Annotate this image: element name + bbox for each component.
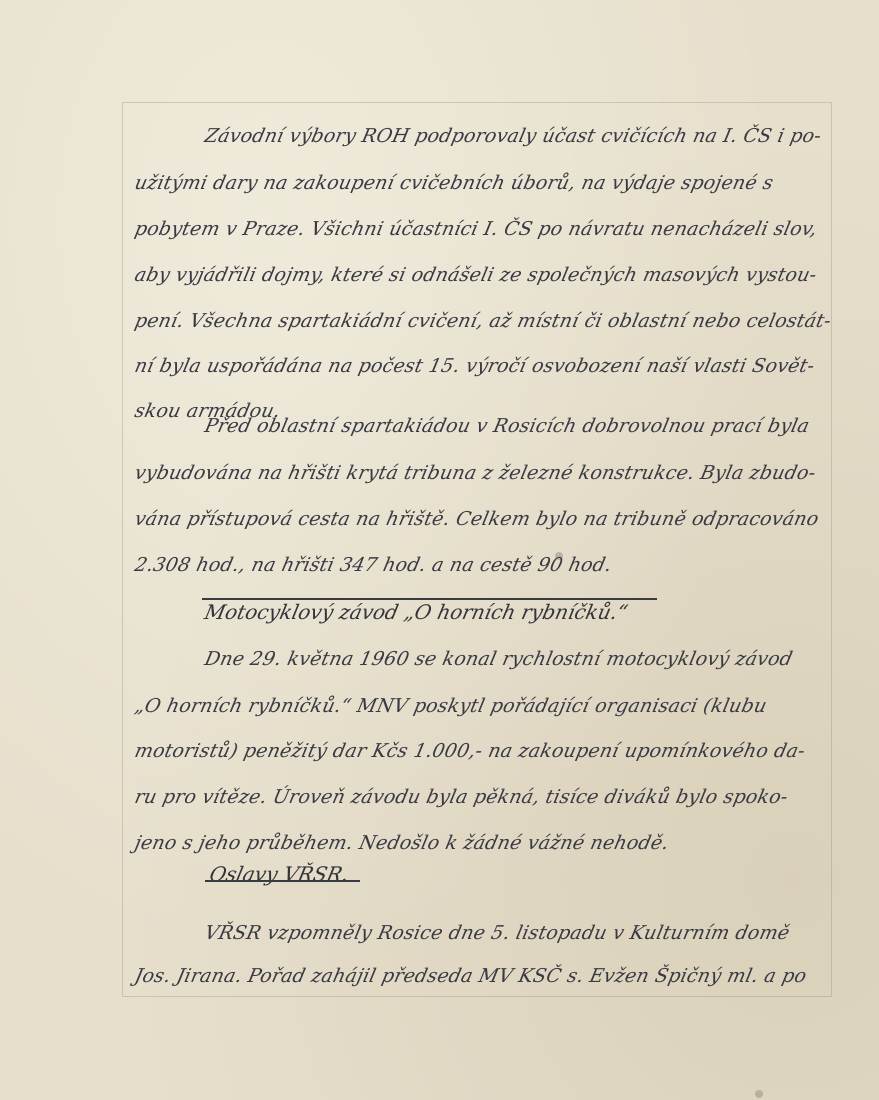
text-line: ru pro vítěze. Úroveň závodu byla pěkná,… [133, 786, 790, 808]
text-line: pobytem v Praze. Všichni účastníci I. ČS… [133, 218, 820, 240]
text-line: vána přístupová cesta na hřiště. Celkem … [133, 508, 821, 530]
text-line: Před oblastní spartakiádou v Rosicích do… [203, 415, 812, 437]
section-heading-motorcycle-race: Motocyklový závod „O horních rybníčků.“ [202, 600, 630, 624]
heading-underline [202, 598, 657, 600]
text-line: ní byla uspořádána na počest 15. výročí … [133, 355, 817, 377]
text-line: motoristů) peněžitý dar Kčs 1.000,- na z… [133, 740, 808, 762]
text-line: VŘSR vzpomněly Rosice dne 5. listopadu v… [203, 922, 792, 944]
heading-underline [205, 880, 360, 882]
text-line: aby vyjádřili dojmy, které si odnášeli z… [133, 264, 819, 286]
text-line: jeno s jeho průběhem. Nedošlo k žádné vá… [133, 832, 671, 854]
section-heading-october-revolution: Oslavy VŘSR. [207, 862, 351, 886]
text-line: „O horních rybníčků.“ MNV poskytl pořáda… [133, 695, 769, 717]
text-line: Dne 29. května 1960 se konal rychlostní … [203, 648, 795, 670]
text-line: pení. Všechna spartakiádní cvičení, až m… [133, 310, 834, 332]
text-line: vybudována na hřišti krytá tribuna z žel… [133, 462, 818, 484]
text-line: Jos. Jirana. Pořad zahájil předseda MV K… [133, 965, 809, 987]
text-line: 2.308 hod., na hřišti 347 hod. a na cest… [133, 554, 614, 576]
paper-spot [755, 1090, 763, 1098]
text-line: užitými dary na zakoupení cvičebních úbo… [133, 172, 776, 194]
text-line: Závodní výbory ROH podporovaly účast cvi… [203, 125, 824, 147]
